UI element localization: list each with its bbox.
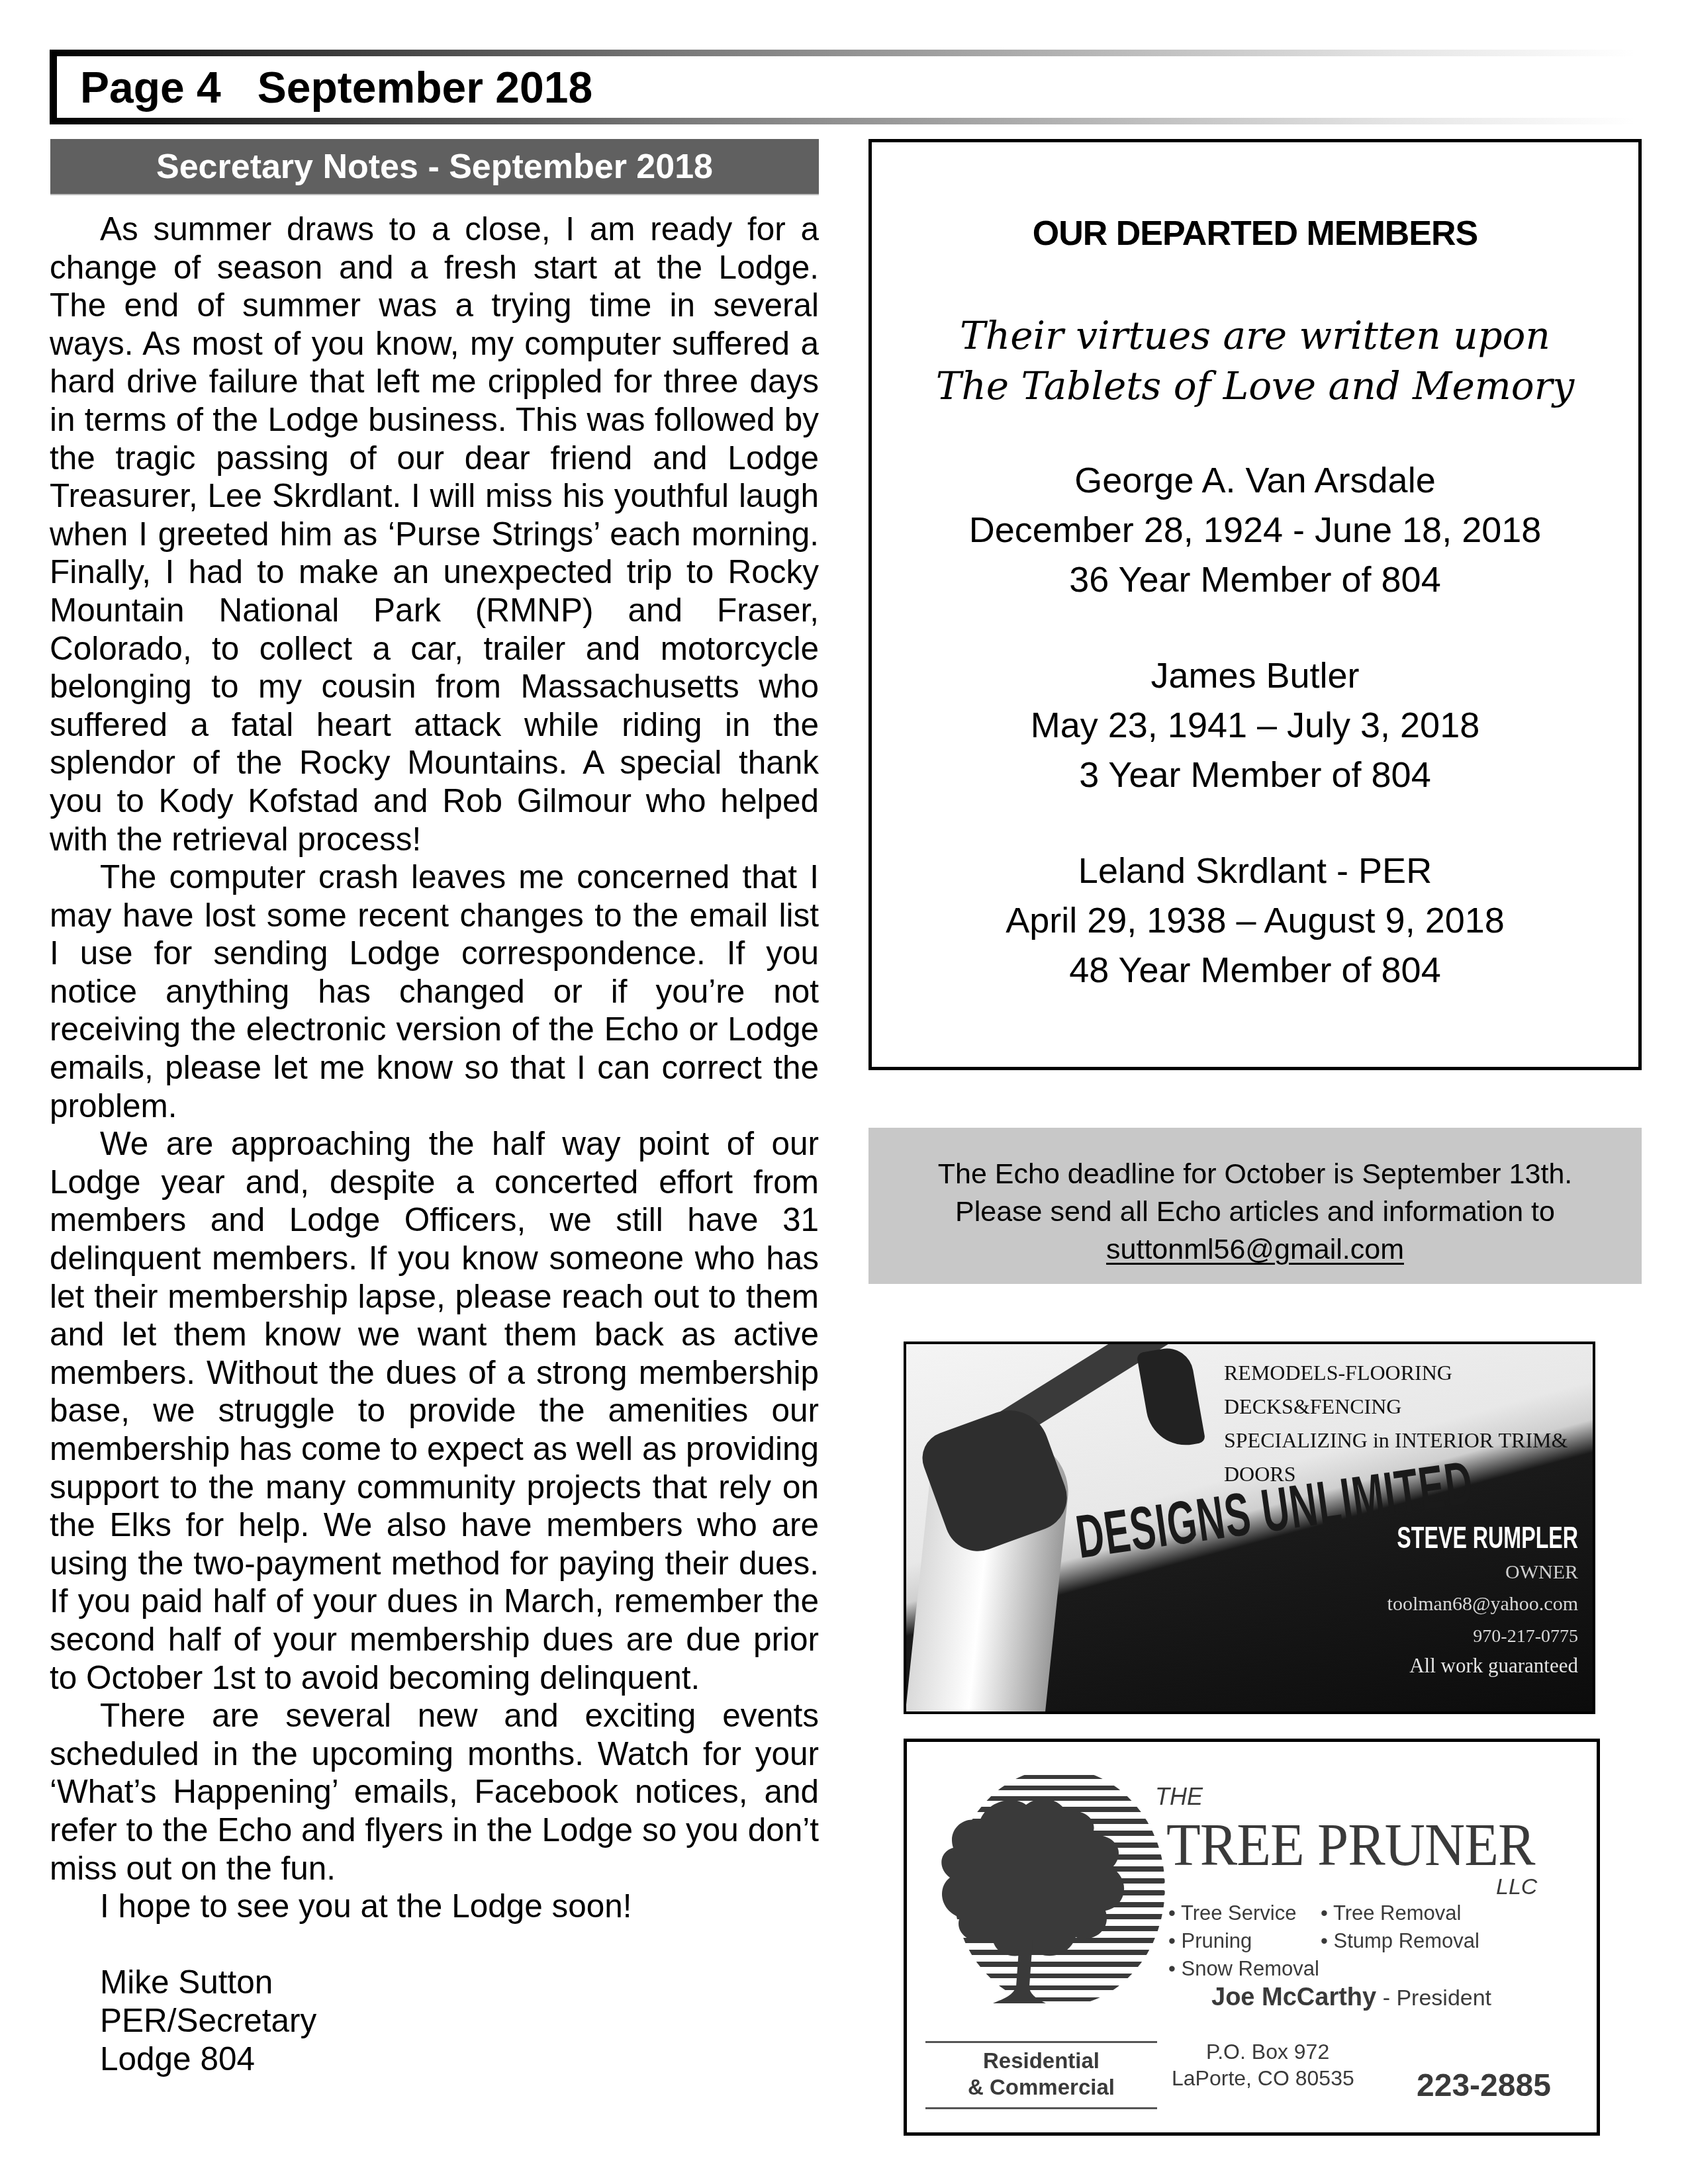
page-header: Page 4 September 2018: [50, 50, 1635, 124]
designs-unlimited-ad: REMODELS-FLOORING DECKS&FENCING SPECIALI…: [904, 1342, 1595, 1714]
article-paragraph: The computer crash leaves me concerned t…: [50, 858, 819, 1125]
article-paragraph: I hope to see you at the Lodge soon!: [50, 1888, 819, 1926]
echo-instructions-line: Please send all Echo articles and inform…: [868, 1193, 1642, 1231]
service-item: • Tree Service: [1168, 1899, 1321, 1927]
member-tenure: 36 Year Member of 804: [872, 555, 1638, 605]
owner-title: OWNER: [1319, 1557, 1578, 1588]
departed-member: George A. Van Arsdale December 28, 1924 …: [872, 456, 1638, 605]
designs-tagline: All work guaranteed: [1319, 1653, 1578, 1679]
echo-deadline-notice: The Echo deadline for October is Septemb…: [868, 1128, 1642, 1284]
tree-pruner-ad: THE TREE PRUNER LLC • Tree Service • Tre…: [904, 1739, 1600, 2136]
service-item: • Stump Removal: [1321, 1927, 1479, 1955]
secretary-notes-article: As summer draws to a close, I am ready f…: [50, 210, 819, 2078]
owner-name: STEVE RUMPLER: [1397, 1518, 1578, 1557]
service-item: • Tree Removal: [1321, 1899, 1461, 1927]
page-title: Page 4 September 2018: [80, 59, 592, 116]
segment-line: & Commercial: [925, 2074, 1157, 2101]
signature-lodge: Lodge 804: [100, 2040, 819, 2079]
echo-email-link[interactable]: suttonml56@gmail.com: [1106, 1234, 1404, 1265]
article-paragraph: There are several new and exciting event…: [50, 1697, 819, 1888]
article-paragraph: We are approaching the half way point of…: [50, 1125, 819, 1697]
president-name: Joe McCarthy: [1211, 1983, 1376, 2011]
tree-president: Joe McCarthy - President: [1211, 1983, 1491, 2012]
member-tenure: 48 Year Member of 804: [872, 946, 1638, 995]
member-dates: May 23, 1941 – July 3, 2018: [872, 701, 1638, 751]
verse-line: Their virtues are written upon: [872, 310, 1638, 361]
member-tenure: 3 Year Member of 804: [872, 751, 1638, 800]
memorial-verse: Their virtues are written upon The Table…: [872, 310, 1638, 411]
designs-email: toolman68@yahoo.com: [1319, 1588, 1578, 1621]
address-line: LaPorte, CO 80535: [1172, 2065, 1354, 2091]
president-title: - President: [1383, 1985, 1491, 2011]
tree-brand-prefix: THE: [1155, 1783, 1203, 1811]
designs-phone: 970-217-0775: [1319, 1621, 1578, 1653]
header-top-rule: [50, 50, 1635, 56]
tree-address: P.O. Box 972 LaPorte, CO 80535: [1172, 2038, 1354, 2091]
signature-title: PER/Secretary: [100, 2002, 819, 2040]
departed-members-box: OUR DEPARTED MEMBERS Their virtues are w…: [868, 139, 1642, 1070]
departed-heading: OUR DEPARTED MEMBERS: [872, 214, 1638, 253]
service-item: DECKS&FENCING: [1224, 1390, 1568, 1424]
departed-member: Leland Skrdlant - PER April 29, 1938 – A…: [872, 846, 1638, 995]
member-name: George A. Van Arsdale: [872, 456, 1638, 506]
member-name: Leland Skrdlant - PER: [872, 846, 1638, 896]
member-name: James Butler: [872, 651, 1638, 701]
service-item: SPECIALIZING in INTERIOR TRIM&: [1224, 1424, 1568, 1457]
signature-name: Mike Sutton: [100, 1964, 819, 2002]
header-left-rule: [50, 50, 57, 124]
address-line: P.O. Box 972: [1172, 2038, 1354, 2065]
tree-services: • Tree Service • Tree Removal • Pruning …: [1168, 1899, 1479, 1983]
divider: [925, 2107, 1157, 2109]
header-bottom-rule: [50, 118, 1635, 124]
service-item: • Snow Removal: [1168, 1955, 1321, 1983]
member-dates: December 28, 1924 - June 18, 2018: [872, 506, 1638, 555]
service-item: • Pruning: [1168, 1927, 1321, 1955]
designs-contact: STEVE RUMPLER OWNER toolman68@yahoo.com …: [1319, 1518, 1578, 1679]
article-paragraph: As summer draws to a close, I am ready f…: [50, 210, 819, 858]
verse-line: The Tablets of Love and Memory: [872, 361, 1638, 411]
tree-brand-suffix: LLC: [1496, 1874, 1537, 1900]
tree-brand-name: TREE PRUNER: [1166, 1808, 1535, 1881]
departed-member: James Butler May 23, 1941 – July 3, 2018…: [872, 651, 1638, 800]
segment-line: Residential: [925, 2048, 1157, 2074]
tree-segment: Residential & Commercial: [925, 2048, 1157, 2101]
divider: [925, 2041, 1157, 2043]
tree-phone: 223-2885: [1417, 2068, 1551, 2104]
tree-logo-icon: [927, 1768, 1165, 2013]
echo-deadline-line: The Echo deadline for October is Septemb…: [868, 1156, 1642, 1193]
member-dates: April 29, 1938 – August 9, 2018: [872, 896, 1638, 946]
signature-block: Mike Sutton PER/Secretary Lodge 804: [50, 1964, 819, 2078]
service-item: REMODELS-FLOORING: [1224, 1356, 1568, 1390]
section-title: Secretary Notes - September 2018: [50, 139, 819, 195]
